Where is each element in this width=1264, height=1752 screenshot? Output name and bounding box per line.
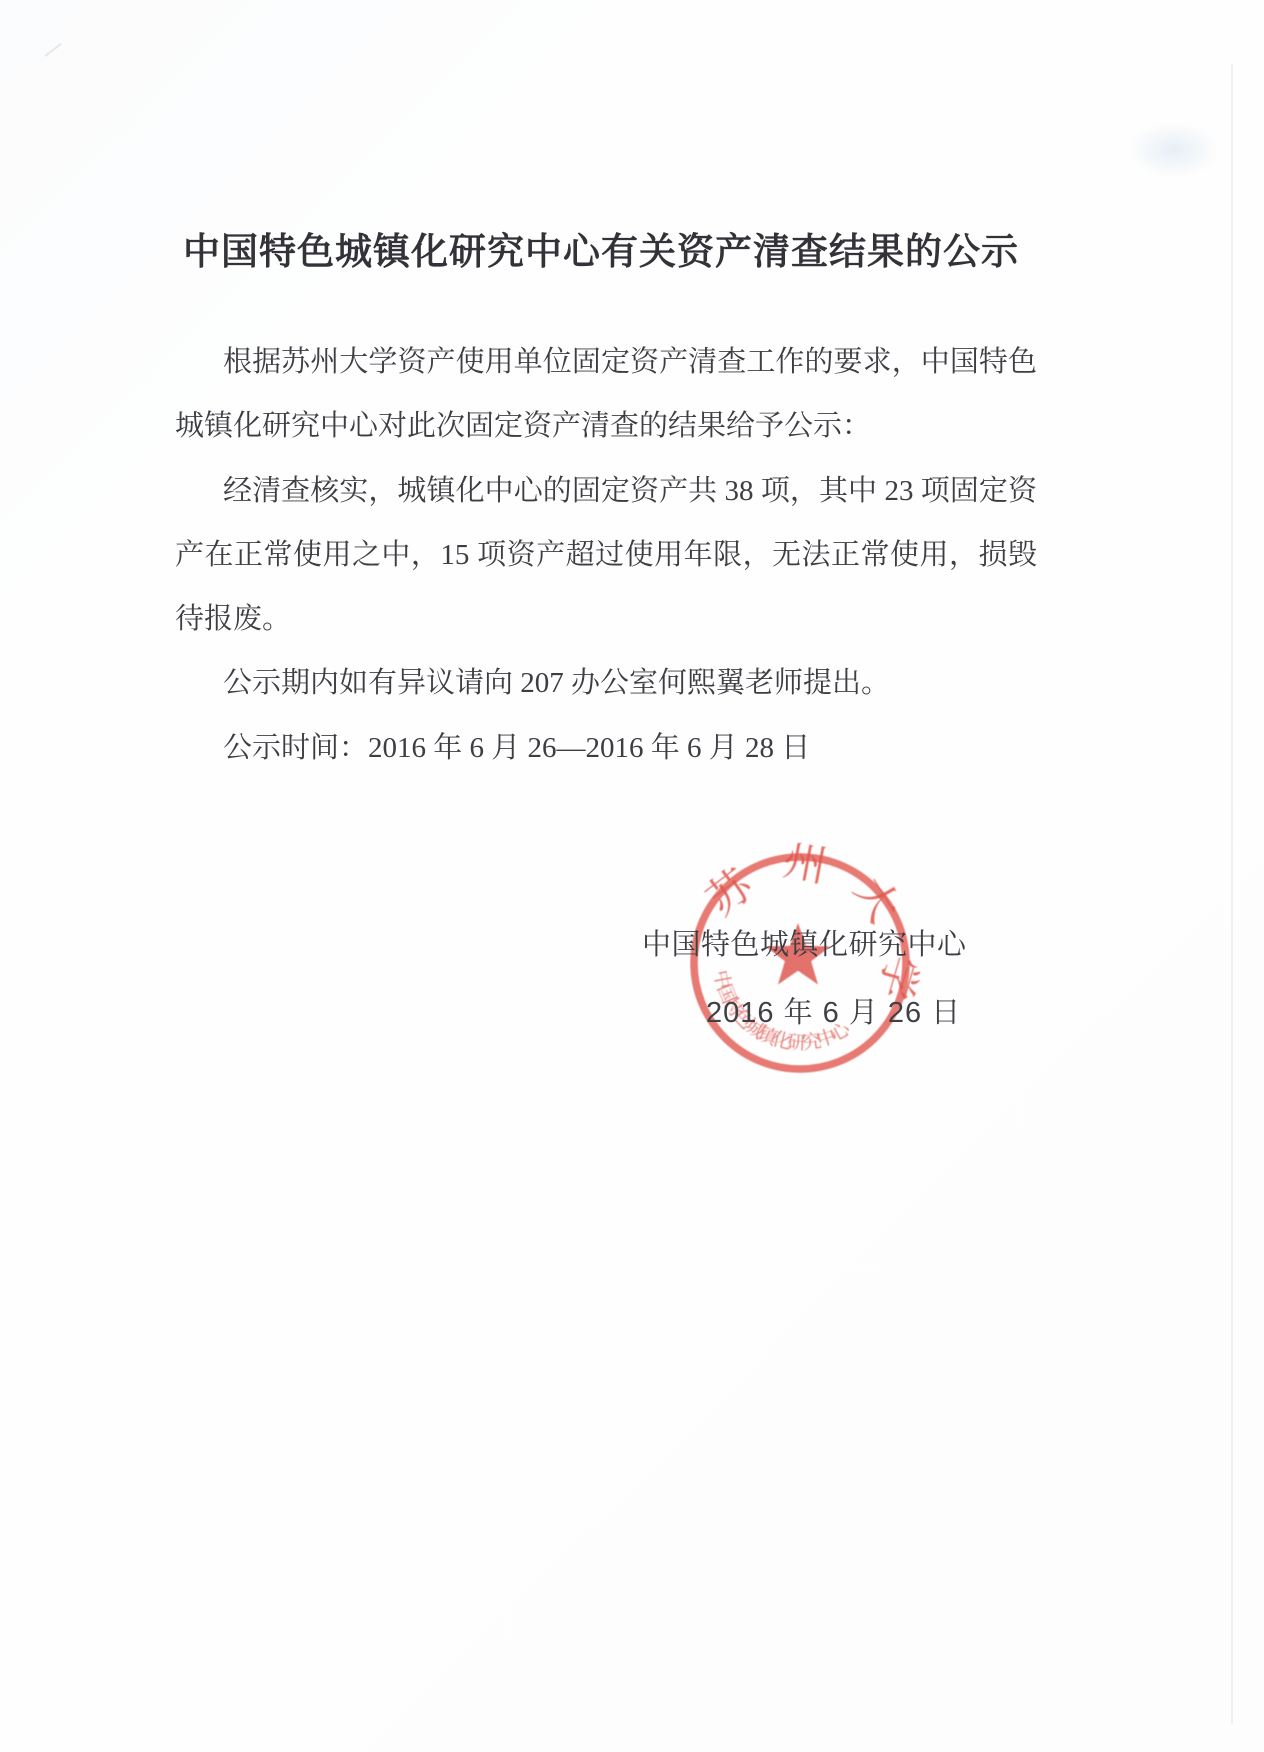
body-line: 公示期内如有异议请向 207 办公室何熙翼老师提出。 <box>175 651 1037 715</box>
scan-artifact-edge-line <box>1231 64 1233 1724</box>
body-line: 产在正常使用之中，15 项资产超过使用年限，无法正常使用，损毁 <box>175 523 1037 587</box>
body-line: 根据苏州大学资产使用单位固定资产清查工作的要求，中国特色 <box>175 330 1037 394</box>
body-line: 公示时间：2016 年 6 月 26—2016 年 6 月 28 日 <box>175 716 1037 780</box>
body-line: 经清查核实，城镇化中心的固定资产共 38 项，其中 23 项固定资 <box>175 459 1037 523</box>
signature-org-name: 中国特色城镇化研究中心 <box>642 926 967 964</box>
body-line: 待报废。 <box>175 587 1037 651</box>
scan-artifact-smudge <box>1128 122 1220 178</box>
document-title: 中国特色城镇化研究中心有关资产清查结果的公示 <box>170 221 1032 275</box>
scanned-document-page: 中国特色城镇化研究中心有关资产清查结果的公示 根据苏州大学资产使用单位固定资产清… <box>0 0 1264 1752</box>
document-body: 根据苏州大学资产使用单位固定资产清查工作的要求，中国特色 城镇化研究中心对此次固… <box>175 330 1037 780</box>
body-line: 城镇化研究中心对此次固定资产清查的结果给予公示： <box>175 394 1037 458</box>
scan-artifact-corner-mark <box>38 35 61 57</box>
signature-date: 2016 年 6 月 26 日 <box>706 994 961 1032</box>
